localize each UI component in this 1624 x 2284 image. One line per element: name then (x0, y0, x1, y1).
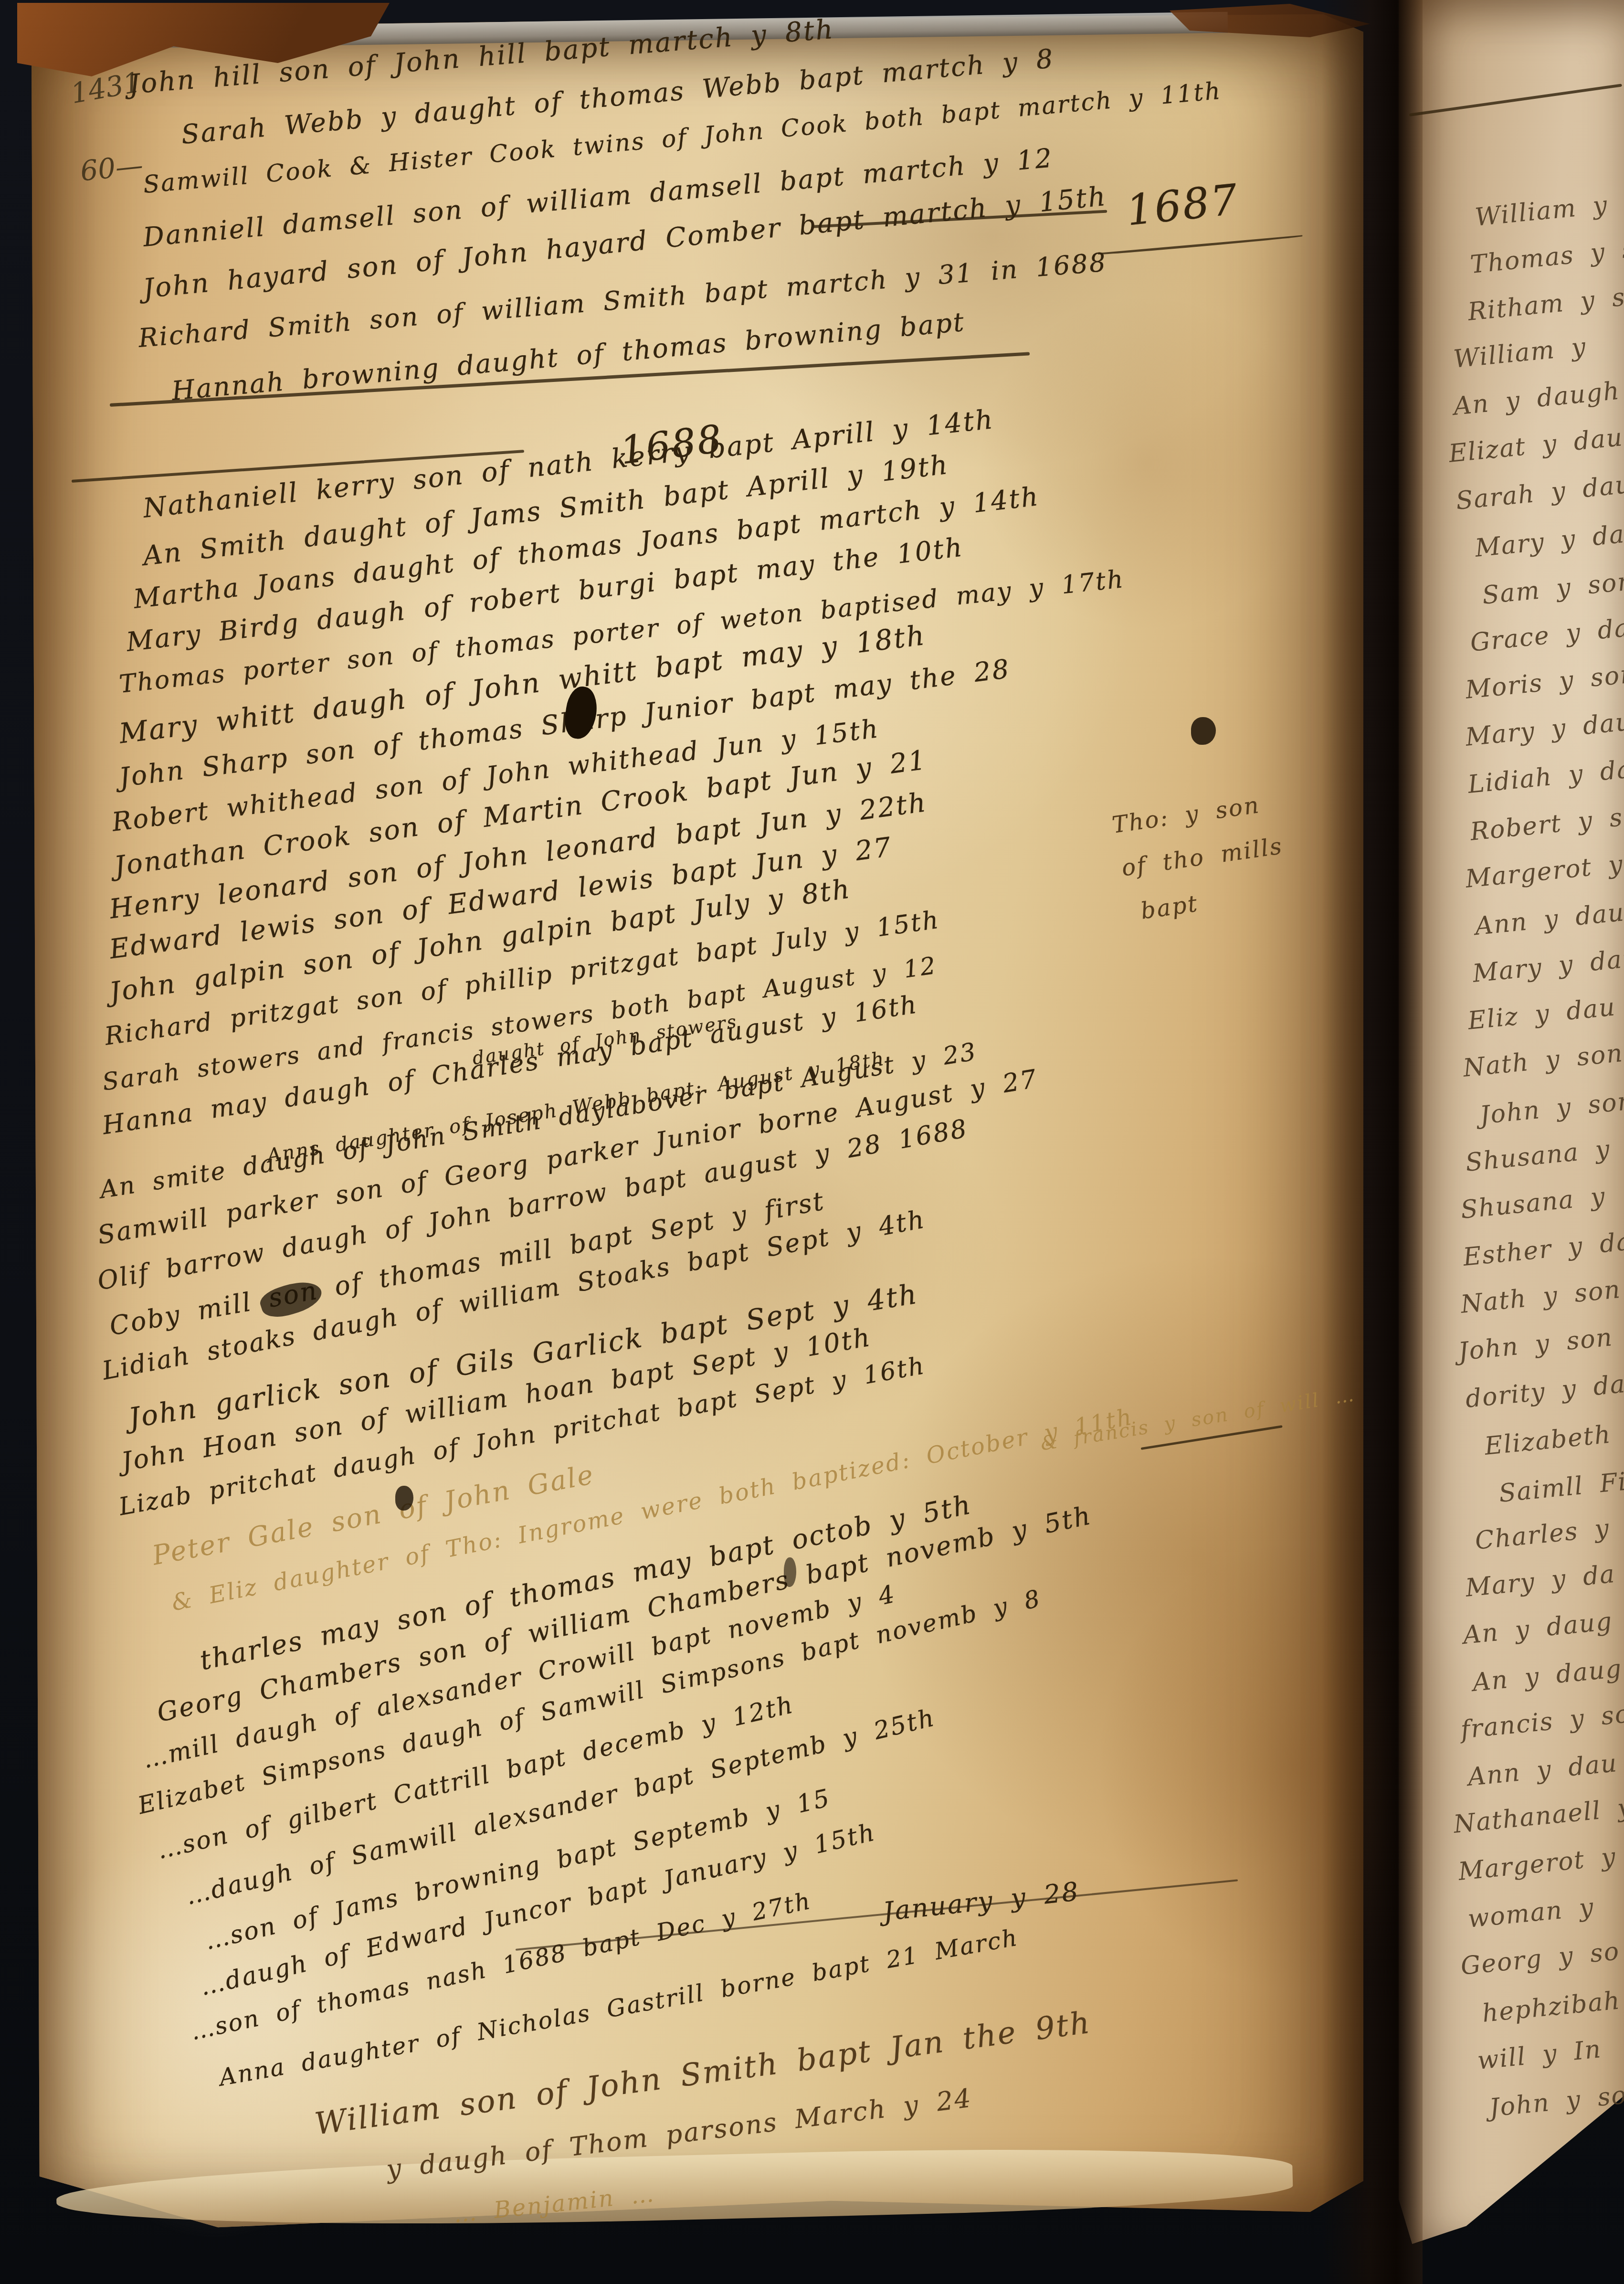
folio-number-bottom: 60— (79, 148, 145, 187)
manuscript-photo: 1431 60— John hill son of John hill bapt… (0, 0, 1624, 2284)
year-1687: 1687 (1124, 179, 1241, 232)
